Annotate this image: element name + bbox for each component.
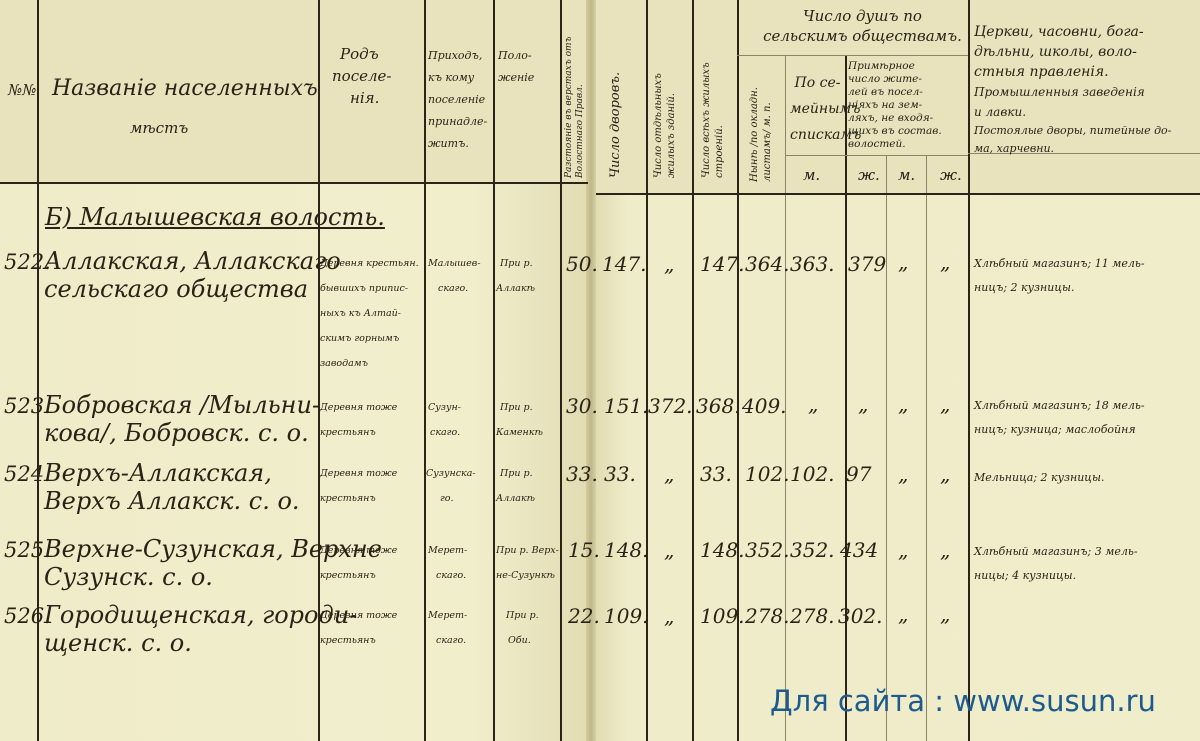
- divider: [37, 0, 39, 741]
- parish: Малышев-: [428, 254, 481, 274]
- census: 278.: [745, 604, 790, 628]
- households: 151.: [604, 394, 649, 418]
- parish-2: го.: [440, 489, 454, 509]
- divider: [737, 0, 739, 741]
- header-name: Названіе населенныхъ: [52, 76, 318, 101]
- header-name-2: мѣстъ: [130, 118, 188, 138]
- approx-f: „: [940, 602, 950, 626]
- all-dwellings: 109.: [700, 604, 745, 628]
- position: При р.: [500, 398, 533, 418]
- header-fam-f: ж.: [858, 165, 880, 185]
- family-f: 434: [840, 538, 878, 562]
- approx-m: „: [898, 538, 908, 562]
- place-name: Аллакская, Аллакскаго: [44, 246, 341, 276]
- settlement-type: Деревня тоже: [320, 606, 397, 626]
- header-type-3: нія.: [350, 88, 379, 108]
- households: 148.: [604, 538, 649, 562]
- book-gutter: [586, 0, 596, 741]
- institutions-2: ницъ; кузница; маслобойня: [974, 418, 1136, 442]
- site-watermark: Для сайта : www.susun.ru: [770, 684, 1156, 718]
- divider: [424, 0, 426, 741]
- separate-dwellings: 372.: [648, 394, 693, 418]
- households: 33.: [604, 462, 636, 486]
- parish: Сузун-: [428, 398, 461, 418]
- family-m: „: [808, 392, 818, 416]
- settlement-type-2: крестьянъ: [320, 631, 376, 651]
- census: 102.: [745, 462, 790, 486]
- header-inst-3: стныя правленія.: [974, 62, 1198, 82]
- institutions: Мельница; 2 кузницы.: [974, 466, 1104, 490]
- divider: [646, 0, 648, 741]
- divider: [560, 0, 562, 741]
- family-m: 278.: [790, 604, 835, 628]
- header-rule: [785, 155, 968, 156]
- settlement-type-3: ныхъ къ Алтай-: [320, 304, 401, 324]
- distance: 50.: [566, 252, 598, 276]
- parish-2: скаго.: [436, 566, 466, 586]
- place-name-2: сельскаго общества: [44, 274, 308, 304]
- settlement-type: Деревня крестьян.: [320, 254, 419, 274]
- header-parish: Приходъ,: [428, 48, 482, 63]
- header-approx-m: м.: [898, 165, 915, 185]
- header-all-dwellings: Число всѣхъ жилыхъ строеній.: [700, 28, 726, 178]
- approx-f: „: [940, 538, 950, 562]
- header-position-2: женіе: [498, 70, 534, 85]
- approx-m: „: [898, 462, 908, 486]
- approx-m: „: [898, 250, 908, 274]
- census: 409.: [742, 394, 787, 418]
- divider: [692, 0, 694, 741]
- header-approx-5: ляхъ, не входя-: [848, 112, 968, 125]
- separate-dwellings: „: [664, 462, 674, 486]
- separate-dwellings: „: [664, 538, 674, 562]
- settlement-type-5: заводамъ: [320, 354, 368, 374]
- header-parish-4: принадле-: [428, 114, 487, 129]
- position: При р.: [500, 254, 533, 274]
- header-inst-1: Церкви, часовни, бога-: [974, 22, 1198, 42]
- place-name: Бобровская /Мыльни-: [44, 390, 320, 420]
- households: 147.: [602, 252, 647, 276]
- parish: Сузунска-: [426, 464, 476, 484]
- distance: 30.: [566, 394, 598, 418]
- divider: [926, 155, 927, 741]
- divider: [886, 155, 887, 741]
- households: 109.: [604, 604, 649, 628]
- institutions: Хлѣбный магазинъ; 3 мель-: [974, 540, 1138, 564]
- header-approx-3: лей въ посел-: [848, 86, 968, 99]
- position: При р.: [506, 606, 539, 626]
- all-dwellings: 147.: [700, 252, 745, 276]
- section-title: Б) Малышевская волость.: [45, 203, 385, 231]
- header-parish-3: поселеніе: [428, 92, 485, 107]
- position: При р.: [500, 464, 533, 484]
- institutions: Хлѣбный магазинъ; 11 мель-: [974, 252, 1145, 276]
- family-f: 97: [846, 462, 871, 486]
- all-dwellings: 33.: [700, 462, 732, 486]
- distance: 15.: [568, 538, 600, 562]
- settlement-type: Деревня тоже: [320, 398, 397, 418]
- family-m: 102.: [790, 462, 835, 486]
- place-name: Городищенская, городи-: [44, 600, 357, 630]
- all-dwellings: 368.: [696, 394, 741, 418]
- header-approx-7: волостей.: [848, 138, 968, 151]
- family-m: 363.: [790, 252, 835, 276]
- census: 364.: [745, 252, 790, 276]
- settlement-type-2: крестьянъ: [320, 489, 376, 509]
- position-2: Оби.: [508, 631, 531, 651]
- settlement-type-2: крестьянъ: [320, 423, 376, 443]
- header-inst-2: дѣльни, школы, воло-: [974, 42, 1198, 62]
- header-parish-5: житъ.: [428, 136, 469, 151]
- header-type: Родъ: [340, 44, 379, 64]
- parish-2: скаго.: [430, 423, 460, 443]
- header-households: Число дворовъ.: [608, 72, 623, 178]
- family-m: 352.: [790, 538, 835, 562]
- family-f: 379: [848, 252, 886, 276]
- header-inst-7: ма, харчевни.: [974, 140, 1198, 158]
- header-number: №№: [8, 80, 36, 100]
- place-name-2: щенск. с. о.: [44, 628, 192, 658]
- approx-f: „: [940, 392, 950, 416]
- header-inst-5: и лавки.: [974, 102, 1198, 122]
- header-approx-1: Примѣрное: [848, 60, 968, 73]
- position-2: не-Сузункѣ: [496, 566, 555, 586]
- header-approx-f: ж.: [940, 165, 962, 185]
- position-2: Аллакѣ: [496, 279, 535, 299]
- separate-dwellings: „: [664, 252, 674, 276]
- header-rule: [737, 55, 968, 56]
- parish: Мерет-: [428, 541, 467, 561]
- header-parish-2: къ кому: [428, 70, 474, 85]
- header-position: Поло-: [498, 48, 532, 63]
- divider: [845, 55, 847, 741]
- header-approx-2: число жите-: [848, 73, 968, 86]
- distance: 22.: [568, 604, 600, 628]
- position-2: Аллакѣ: [496, 489, 535, 509]
- header-distance: Разстояніе въ верстахъ отъ Волостнаго Пр…: [564, 3, 586, 178]
- header-approx-4: ніяхъ на зем-: [848, 99, 968, 112]
- header-rule: [596, 193, 1200, 195]
- settlement-type-2: бывшихъ припис-: [320, 279, 408, 299]
- census: 352.: [745, 538, 790, 562]
- header-inst-4: Промышленныя заведенія: [974, 82, 1198, 102]
- separate-dwellings: „: [664, 604, 674, 628]
- header-census: Нынѣ /по окладн. листамъ/ м. п.: [748, 57, 774, 182]
- header-approx-block: Примѣрное число жите- лей въ посел- ніях…: [848, 60, 968, 151]
- approx-m: „: [898, 392, 908, 416]
- header-fam-m: м.: [803, 165, 820, 185]
- all-dwellings: 148.: [700, 538, 745, 562]
- header-type-2: посе­ле-: [332, 66, 391, 86]
- institutions: Хлѣбный магазинъ; 18 мель-: [974, 394, 1145, 418]
- family-f: „: [858, 392, 868, 416]
- parish: Мерет-: [428, 606, 467, 626]
- header-souls-group: Число душъ по сельскимъ обществамъ.: [760, 6, 965, 46]
- settlement-type: Деревня тоже: [320, 541, 397, 561]
- header-institutions: Церкви, часовни, бога- дѣльни, школы, во…: [974, 22, 1198, 158]
- parish-2: скаго.: [438, 279, 468, 299]
- approx-f: „: [940, 462, 950, 486]
- approx-m: „: [898, 602, 908, 626]
- distance: 33.: [566, 462, 598, 486]
- position-2: Каменкѣ: [496, 423, 543, 443]
- place-name: Верхъ-Аллакская,: [44, 458, 272, 488]
- header-approx-6: щихъ въ состав.: [848, 125, 968, 138]
- family-f: 302.: [838, 604, 883, 628]
- divider: [493, 0, 495, 741]
- place-name-2: Сузунск. с. о.: [44, 562, 213, 592]
- header-inst-6: Постоялые дворы, питейные до-: [974, 122, 1198, 140]
- header-family-lists: По се-мейнымъ спискамъ: [790, 70, 845, 148]
- place-name-2: кова/, Бобровск. с. о.: [44, 418, 309, 448]
- parish-2: скаго.: [436, 631, 466, 651]
- settlement-type-2: крестьянъ: [320, 566, 376, 586]
- institutions-2: ницы; 4 кузницы.: [974, 564, 1076, 588]
- settlement-type-4: скимъ горнымъ: [320, 329, 399, 349]
- approx-f: „: [940, 250, 950, 274]
- place-name-2: Верхъ Аллакск. с. о.: [44, 486, 300, 516]
- position: При р. Верх-: [496, 541, 559, 561]
- divider: [968, 0, 970, 741]
- header-separate-dwellings: Число отдѣльныхъ жилыхъ зданій.: [652, 28, 678, 178]
- institutions-2: ницъ; 2 кузницы.: [974, 276, 1074, 300]
- header-rule: [0, 182, 588, 184]
- settlement-type: Деревня тоже: [320, 464, 397, 484]
